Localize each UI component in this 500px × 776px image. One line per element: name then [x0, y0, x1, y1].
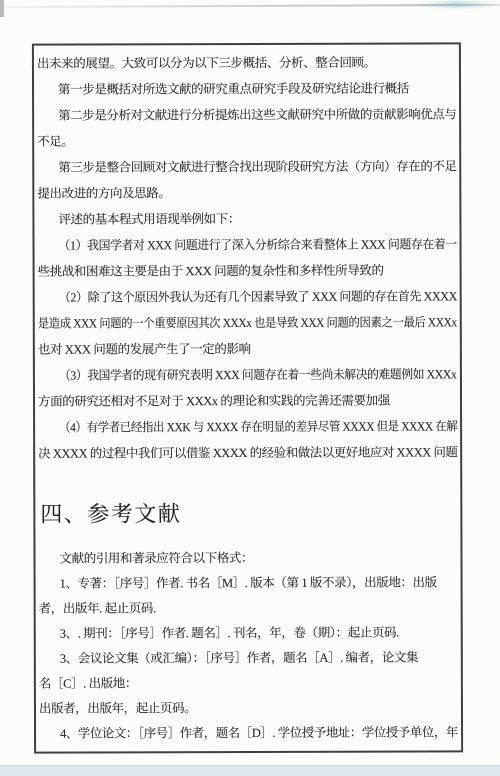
- text-line: 1、专著：［序号］作者. 书名［M］. 版本（第 1 版不录），出版地：出版: [39, 570, 458, 596]
- section-heading-references: 四、参考文献: [40, 497, 457, 530]
- text-line: 也对 XXX 问题的发展产生了一定的影响: [38, 335, 457, 362]
- text-line-content: 4、学位论文：［序号］作者，题名［D］. 学位授予地址：学位授予单位，年: [60, 720, 458, 746]
- text-line-content: 第二步是分析对文献进行分析提炼出这些文献研究中所做的贡献影响优点与: [58, 101, 456, 128]
- text-line-content: 文献的引用和著录应符合以下格式：: [59, 546, 253, 572]
- text-line: 是造成 XXX 问题的一个重要原因其次 XXXx 也是导致 XXX 问题的因素之…: [38, 309, 457, 336]
- text-line: 些挑战和困难这主要是由于 XXX 问题的复杂性和多样性所导致的: [38, 257, 457, 284]
- text-line-content: 者，出版年. 起止页码.: [39, 596, 156, 621]
- text-line: 第二步是分析对文献进行分析提炼出这些文献研究中所做的贡献影响优点与: [37, 101, 456, 128]
- text-line-content: 第一步是概括对所选文献的研究重点研究手段及研究结论进行概括: [58, 75, 409, 102]
- text-line-content: 决 XXXX 的过程中我们可以借鉴 XXXX 的经验和做法以更好地应对 XXXX…: [38, 439, 457, 466]
- text-line: 4、学位论文：［序号］作者，题名［D］. 学位授予地址：学位授予单位，年: [39, 720, 458, 746]
- text-line: （4）有学者已经指出 XXK 与 XXXX 存在明显的差异尽管 XXXX 但是 …: [38, 413, 457, 440]
- scan-artifact-smudge: [418, 0, 498, 9]
- document-border-box: 出未来的展望。大致可以分为以下三步概括、分析、整合回顾。第一步是概括对所选文献的…: [32, 42, 463, 753]
- text-line: 提出改进的方向及思路。: [37, 179, 456, 206]
- text-line: （1）我国学者对 XXX 问题进行了深入分析综合来看整体上 XXX 问题存在着一: [37, 231, 456, 258]
- text-line: 第一步是概括对所选文献的研究重点研究手段及研究结论进行概括: [37, 75, 456, 102]
- text-line-content: 出版者，出版年，起止页码。: [39, 696, 196, 721]
- text-line-content: 提出改进的方向及思路。: [37, 180, 170, 206]
- text-line: 者，出版年. 起止页码.: [39, 595, 458, 621]
- text-line: 方面的研究还相对不足对于 XXXx 的理论和实践的完善还需要加强: [38, 387, 457, 414]
- text-line-content: 不足。: [37, 129, 73, 155]
- text-line-content: 方面的研究还相对不足对于 XXXx 的理论和实践的完善还需要加强: [38, 388, 390, 415]
- text-line-content: （2）除了这个原因外我认为还有几个因素导致了 XXX 问题的存在首先 XXXX: [59, 283, 457, 310]
- text-line-content: 名［C］. 出版地：: [39, 671, 137, 696]
- text-line: 决 XXXX 的过程中我们可以借鉴 XXXX 的经验和做法以更好地应对 XXXX…: [38, 439, 457, 466]
- text-line: 3、. 期刊：［序号］作者. 题名］. 刊名，年，卷（期）：起止页码.: [39, 620, 458, 646]
- text-line-content: 也对 XXX 问题的发展产生了一定的影响: [38, 336, 251, 363]
- text-line: 评述的基本程式用语现举例如下：: [37, 205, 456, 232]
- text-line-content: 出未来的展望。大致可以分为以下三步概括、分析、整合回顾。: [37, 50, 376, 77]
- text-line-content: 3、会议论文集（或汇编）：［序号］作者，题名［A］. 编者，论文集: [60, 645, 418, 671]
- text-line: （3）我国学者的现有研究表明 XXX 问题存在着一些尚未解决的难题例如 XXXx: [38, 361, 457, 388]
- text-line-content: 1、专著：［序号］作者. 书名［M］. 版本（第 1 版不录），出版地：出版: [60, 570, 437, 596]
- text-line: （2）除了这个原因外我认为还有几个因素导致了 XXX 问题的存在首先 XXXX: [38, 283, 457, 310]
- text-line: 出未来的展望。大致可以分为以下三步概括、分析、整合回顾。: [37, 49, 456, 76]
- text-line-content: 3、. 期刊：［序号］作者. 题名］. 刊名，年，卷（期）：起止页码.: [60, 621, 399, 647]
- text-line-content: 些挑战和困难这主要是由于 XXX 问题的复杂性和多样性所导致的: [38, 258, 384, 285]
- text-line: 3、会议论文集（或汇编）：［序号］作者，题名［A］. 编者，论文集: [39, 645, 458, 671]
- body-text-block: 出未来的展望。大致可以分为以下三步概括、分析、整合回顾。第一步是概括对所选文献的…: [37, 49, 457, 466]
- text-line: 不足。: [37, 127, 456, 154]
- references-text-block: 文献的引用和著录应符合以下格式：1、专著：［序号］作者. 书名［M］. 版本（第…: [38, 545, 458, 746]
- scan-artifact-left-notch: [0, 0, 4, 17]
- text-line-content: 第三步是整合回顾对文献进行整合找出现阶段研究方法（方向）存在的不足: [58, 153, 456, 180]
- text-line-content: 评述的基本程式用语现举例如下：: [58, 206, 240, 233]
- text-line-content: （1）我国学者对 XXX 问题进行了深入分析综合来看整体上 XXX 问题存在着一: [58, 231, 456, 258]
- text-line-content: （3）我国学者的现有研究表明 XXX 问题存在着一些尚未解决的难题例如 XXXx: [59, 361, 457, 388]
- text-line: 第三步是整合回顾对文献进行整合找出现阶段研究方法（方向）存在的不足: [37, 153, 456, 180]
- text-line: 文献的引用和著录应符合以下格式：: [38, 545, 457, 571]
- scan-bottom-strip: [0, 765, 500, 776]
- text-line: 名［C］. 出版地：: [39, 670, 458, 696]
- text-line-content: 是造成 XXX 问题的一个重要原因其次 XXXx 也是导致 XXX 问题的因素之…: [38, 309, 457, 336]
- text-line-content: （4）有学者已经指出 XXK 与 XXXX 存在明显的差异尽管 XXXX 但是 …: [59, 413, 457, 440]
- text-line: 出版者，出版年，起止页码。: [39, 695, 458, 721]
